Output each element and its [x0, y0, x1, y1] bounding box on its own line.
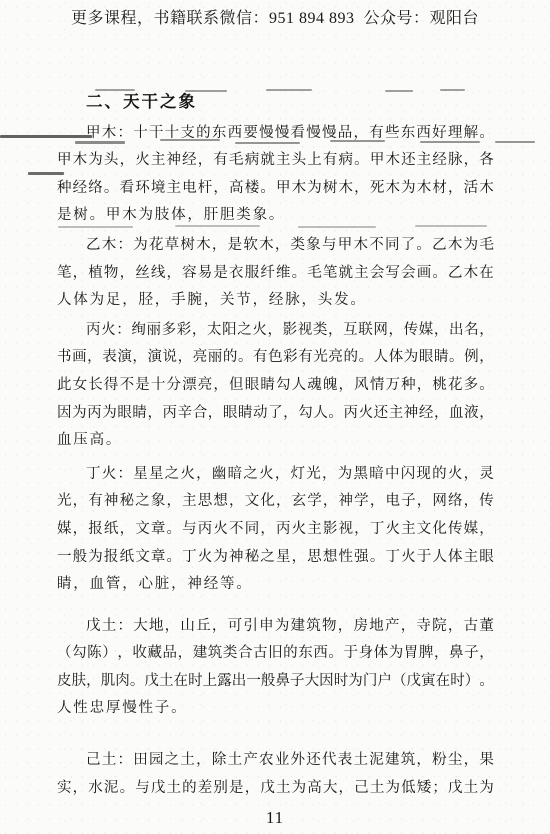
page-body: 二、天干之象 甲木：十干十支的东西要慢慢看慢慢品，有些东西好理解。甲木为头，火主… [57, 88, 494, 802]
paragraph-jiamu: 甲木：十干十支的东西要慢慢看慢慢品，有些东西好理解。甲木为头，火主神经，有毛病就… [57, 120, 494, 230]
text-line: 一般为报纸文章。丁火为神秘之星，思想性强。丁火于人体主眼 [57, 544, 494, 572]
text-line: 戊土：大地，山丘，可引申为建筑物，房地产，寺院，古董 [57, 613, 494, 641]
text-line: 实，水泥。与戊土的差别是，戊土为高大，己土为低矮；戊土为 [57, 775, 494, 803]
paragraph-yimu: 乙木：为花草树木，是软木，类象与甲木不同了。乙木为毛笔，植物，丝线，容易是衣服纤… [57, 232, 494, 315]
header-contact-line: 更多课程，书籍联系微信：951 894 893 公众号：观阳台 [0, 5, 550, 28]
paragraph-wutu: 戊土：大地，山丘，可引申为建筑物，房地产，寺院，古董（勾陈），收藏品，建筑类合古… [57, 613, 494, 723]
paragraphs: 甲木：十干十支的东西要慢慢看慢慢品，有些东西好理解。甲木为头，火主神经，有毛病就… [57, 120, 494, 803]
text-line: 是树。甲木为肢体，肝胆类象。 [57, 202, 494, 230]
paragraph-jitu: 己土：田园之土，除土产农业外还代表土泥建筑，粉尘，果实，水泥。与戊土的差别是，戊… [57, 747, 494, 802]
text-line: 此女长得不是十分漂亮，但眼睛勾人魂魄，风情万种，桃花多。 [57, 372, 494, 400]
text-line: （勾陈），收藏品，建筑类合古旧的东西。于身体为胃脾，鼻子， [57, 640, 494, 668]
text-line: 丙火：绚丽多彩，太阳之火，影视类，互联网，传媒，出名， [57, 317, 494, 345]
text-line: 血压高。 [57, 427, 494, 455]
scanned-book-page: { "colors": { "ink": "#1c1c1c", "paper":… [0, 0, 550, 834]
text-line: 光，有神秘之象，主思想，文化，玄学，神学，电子，网络，传 [57, 488, 494, 516]
text-line: 人性忠厚慢性子。 [57, 695, 494, 723]
text-line: 因为丙为眼睛，丙辛合，眼睛动了，勾人。丙火还主神经，血液， [57, 400, 494, 428]
text-line: 己土：田园之土，除土产农业外还代表土泥建筑，粉尘，果 [57, 747, 494, 775]
paragraph-dinghuo: 丁火：星星之火，幽暗之火，灯光，为黑暗中闪现的火，灵光，有神秘之象，主思想，文化… [57, 461, 494, 599]
paragraph-binghuo: 丙火：绚丽多彩，太阳之火，影视类，互联网，传媒，出名，书画，表演，演说，亮丽的。… [57, 317, 494, 455]
page-number: 11 [0, 808, 550, 828]
text-line: 种经络。看环境主电杆，高楼。甲木为树木，死木为木材，活木 [57, 175, 494, 203]
text-line: 睛，血管，心脏，神经等。 [57, 571, 494, 599]
section-heading: 二、天干之象 [57, 88, 494, 116]
text-line: 人体为足，胫，手腕，关节，经脉，头发。 [57, 287, 494, 315]
text-line: 笔，植物，丝线，容易是衣服纤维。毛笔就主会写会画。乙木在 [57, 260, 494, 288]
text-line: 甲木为头，火主神经，有毛病就主头上有病。甲木还主经脉，各 [57, 147, 494, 175]
text-line: 乙木：为花草树木，是软木，类象与甲木不同了。乙木为毛 [57, 232, 494, 260]
text-line: 媒，报纸，文章。与丙火不同，丙火主影视，丁火主文化传媒， [57, 516, 494, 544]
text-line: 皮肤，肌肉。戊土在时上露出一般鼻子大因时为门户（戊寅在时）。 [57, 668, 494, 696]
scan-streak [495, 141, 535, 143]
text-line: 丁火：星星之火，幽暗之火，灯光，为黑暗中闪现的火，灵 [57, 461, 494, 489]
text-line: 甲木：十干十支的东西要慢慢看慢慢品，有些东西好理解。 [57, 120, 494, 148]
text-line: 书画，表演，演说，亮丽的。有色彩有光亮的。人体为眼睛。例， [57, 344, 494, 372]
